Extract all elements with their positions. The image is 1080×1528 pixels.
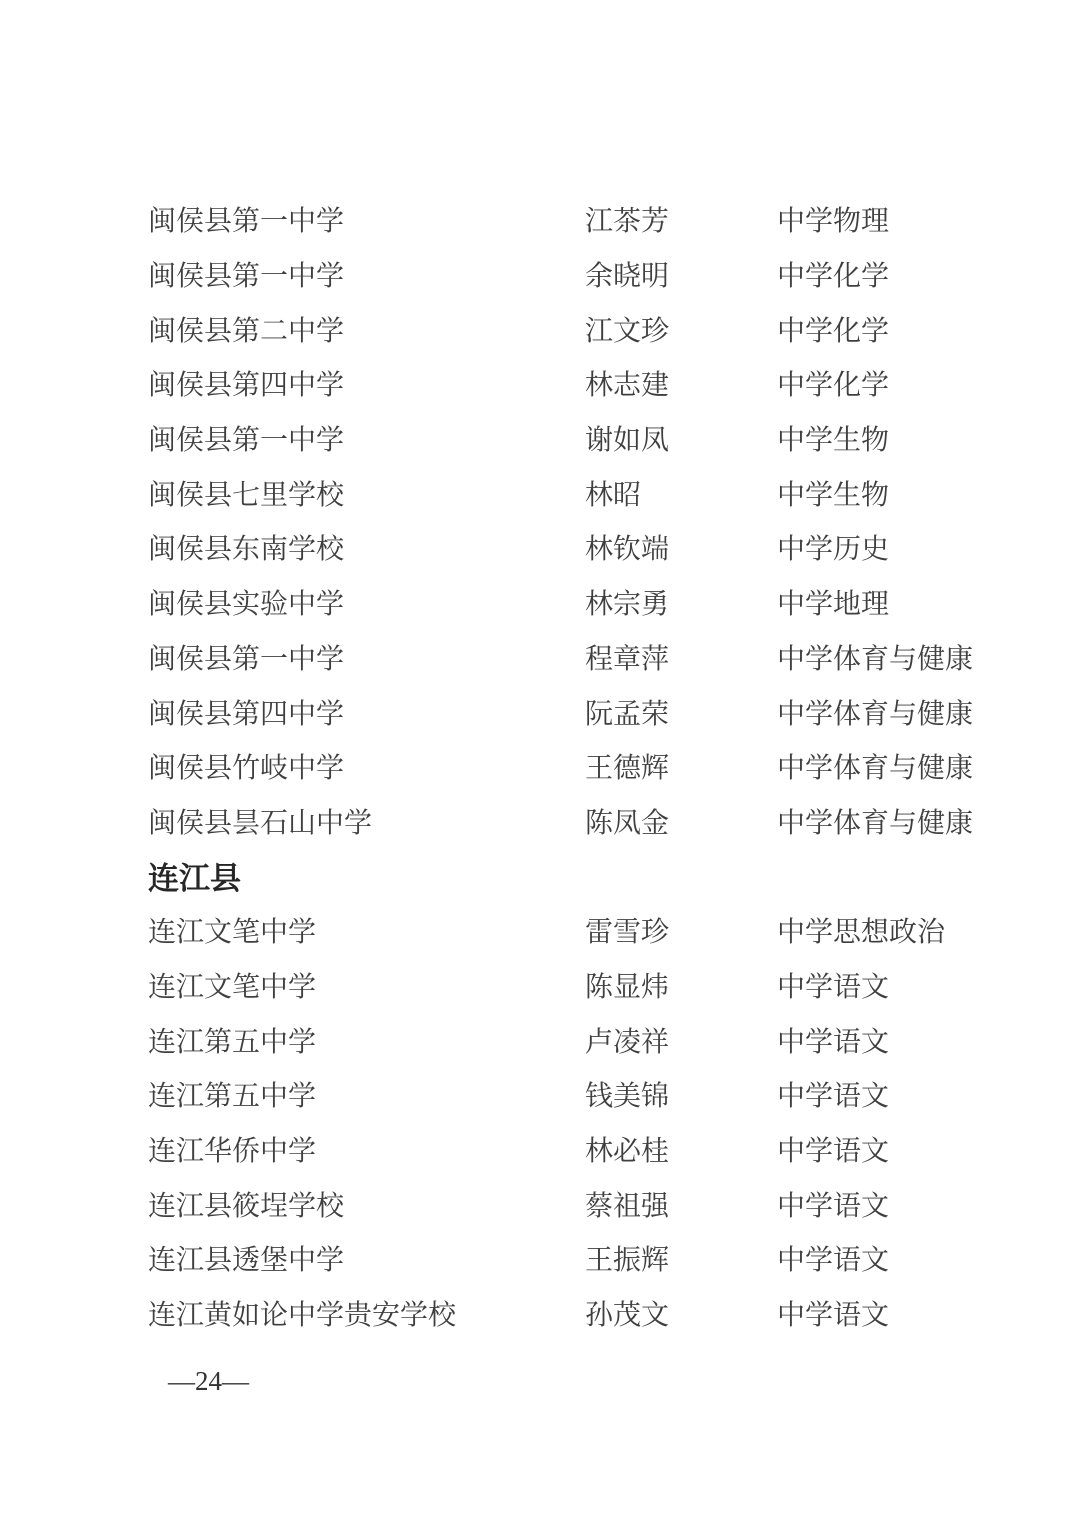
school-cell: 闽侯县第一中学 — [148, 199, 585, 239]
teacher-list-table: 闽侯县第一中学 江茶芳 中学物理 闽侯县第一中学 余晓明 中学化学 闽侯县第二中… — [0, 192, 1080, 1340]
school-cell: 连江第五中学 — [148, 1074, 585, 1114]
school-cell: 闽侯县东南学校 — [148, 527, 585, 567]
table-row: 闽侯县第二中学 江文珍 中学化学 — [0, 301, 1080, 356]
subject-cell: 中学语文 — [777, 1184, 889, 1224]
teacher-name-cell: 阮孟荣 — [585, 692, 777, 732]
school-cell: 闽侯县第一中学 — [148, 418, 585, 458]
section-header-lianjiang-county: 连江县 — [148, 853, 241, 898]
document-page: 闽侯县第一中学 江茶芳 中学物理 闽侯县第一中学 余晓明 中学化学 闽侯县第二中… — [0, 0, 1080, 1528]
table-row: 闽侯县第一中学 程章萍 中学体育与健康 — [0, 630, 1080, 685]
teacher-name-cell: 林宗勇 — [585, 582, 777, 622]
school-cell: 连江第五中学 — [148, 1020, 585, 1060]
teacher-name-cell: 林志建 — [585, 363, 777, 403]
subject-cell: 中学生物 — [777, 473, 889, 513]
subject-cell: 中学化学 — [777, 309, 889, 349]
table-row: 连江华侨中学 林必桂 中学语文 — [0, 1122, 1080, 1177]
teacher-name-cell: 林钦端 — [585, 527, 777, 567]
table-row: 闽侯县七里学校 林昭 中学生物 — [0, 465, 1080, 520]
table-row: 闽侯县竹岐中学 王德辉 中学体育与健康 — [0, 739, 1080, 794]
subject-cell: 中学体育与健康 — [777, 746, 973, 786]
teacher-name-cell: 雷雪珍 — [585, 910, 777, 950]
subject-cell: 中学体育与健康 — [777, 801, 973, 841]
table-row: 连江文笔中学 雷雪珍 中学思想政治 — [0, 903, 1080, 958]
school-cell: 连江华侨中学 — [148, 1129, 585, 1169]
teacher-name-cell: 王德辉 — [585, 746, 777, 786]
teacher-name-cell: 孙茂文 — [585, 1293, 777, 1333]
school-cell: 连江文笔中学 — [148, 965, 585, 1005]
subject-cell: 中学物理 — [777, 199, 889, 239]
subject-cell: 中学化学 — [777, 363, 889, 403]
school-cell: 闽侯县第一中学 — [148, 254, 585, 294]
table-row: 闽侯县实验中学 林宗勇 中学地理 — [0, 575, 1080, 630]
school-cell: 连江文笔中学 — [148, 910, 585, 950]
school-cell: 闽侯县七里学校 — [148, 473, 585, 513]
table-row: 闽侯县昙石山中学 陈凤金 中学体育与健康 — [0, 794, 1080, 849]
school-cell: 连江黄如论中学贵安学校 — [148, 1293, 585, 1333]
teacher-name-cell: 江文珍 — [585, 309, 777, 349]
table-row: 闽侯县第一中学 江茶芳 中学物理 — [0, 192, 1080, 247]
table-row: 连江县透堡中学 王振辉 中学语文 — [0, 1231, 1080, 1286]
table-row: 连江县筱埕学校 蔡祖强 中学语文 — [0, 1176, 1080, 1231]
subject-cell: 中学语文 — [777, 965, 889, 1005]
subject-cell: 中学生物 — [777, 418, 889, 458]
subject-cell: 中学语文 — [777, 1129, 889, 1169]
table-row: 闽侯县第四中学 林志建 中学化学 — [0, 356, 1080, 411]
teacher-name-cell: 谢如凤 — [585, 418, 777, 458]
table-row: 连江第五中学 钱美锦 中学语文 — [0, 1067, 1080, 1122]
teacher-name-cell: 陈显炜 — [585, 965, 777, 1005]
teacher-name-cell: 王振辉 — [585, 1238, 777, 1278]
school-cell: 闽侯县实验中学 — [148, 582, 585, 622]
table-row: 连江第五中学 卢凌祥 中学语文 — [0, 1012, 1080, 1067]
school-cell: 连江县透堡中学 — [148, 1238, 585, 1278]
school-cell: 闽侯县第二中学 — [148, 309, 585, 349]
teacher-name-cell: 卢凌祥 — [585, 1020, 777, 1060]
table-row: 连江文笔中学 陈显炜 中学语文 — [0, 958, 1080, 1013]
teacher-name-cell: 余晓明 — [585, 254, 777, 294]
table-row: 闽侯县第四中学 阮孟荣 中学体育与健康 — [0, 684, 1080, 739]
teacher-name-cell: 陈凤金 — [585, 801, 777, 841]
subject-cell: 中学语文 — [777, 1238, 889, 1278]
teacher-name-cell: 林昭 — [585, 473, 777, 513]
subject-cell: 中学语文 — [777, 1293, 889, 1333]
teacher-name-cell: 钱美锦 — [585, 1074, 777, 1114]
school-cell: 闽侯县第四中学 — [148, 692, 585, 732]
school-cell: 闽侯县昙石山中学 — [148, 801, 585, 841]
school-cell: 闽侯县第一中学 — [148, 637, 585, 677]
table-section-header-row: 连江县 — [0, 848, 1080, 903]
teacher-name-cell: 蔡祖强 — [585, 1184, 777, 1224]
table-row: 闽侯县东南学校 林钦端 中学历史 — [0, 520, 1080, 575]
subject-cell: 中学体育与健康 — [777, 637, 973, 677]
table-row: 连江黄如论中学贵安学校 孙茂文 中学语文 — [0, 1286, 1080, 1341]
subject-cell: 中学思想政治 — [777, 910, 945, 950]
subject-cell: 中学化学 — [777, 254, 889, 294]
subject-cell: 中学地理 — [777, 582, 889, 622]
subject-cell: 中学体育与健康 — [777, 692, 973, 732]
page-number: —24— — [168, 1366, 249, 1397]
table-row: 闽侯县第一中学 余晓明 中学化学 — [0, 247, 1080, 302]
school-cell: 连江县筱埕学校 — [148, 1184, 585, 1224]
table-row: 闽侯县第一中学 谢如凤 中学生物 — [0, 411, 1080, 466]
teacher-name-cell: 林必桂 — [585, 1129, 777, 1169]
teacher-name-cell: 程章萍 — [585, 637, 777, 677]
subject-cell: 中学语文 — [777, 1020, 889, 1060]
subject-cell: 中学历史 — [777, 527, 889, 567]
school-cell: 闽侯县竹岐中学 — [148, 746, 585, 786]
school-cell: 闽侯县第四中学 — [148, 363, 585, 403]
teacher-name-cell: 江茶芳 — [585, 199, 777, 239]
subject-cell: 中学语文 — [777, 1074, 889, 1114]
